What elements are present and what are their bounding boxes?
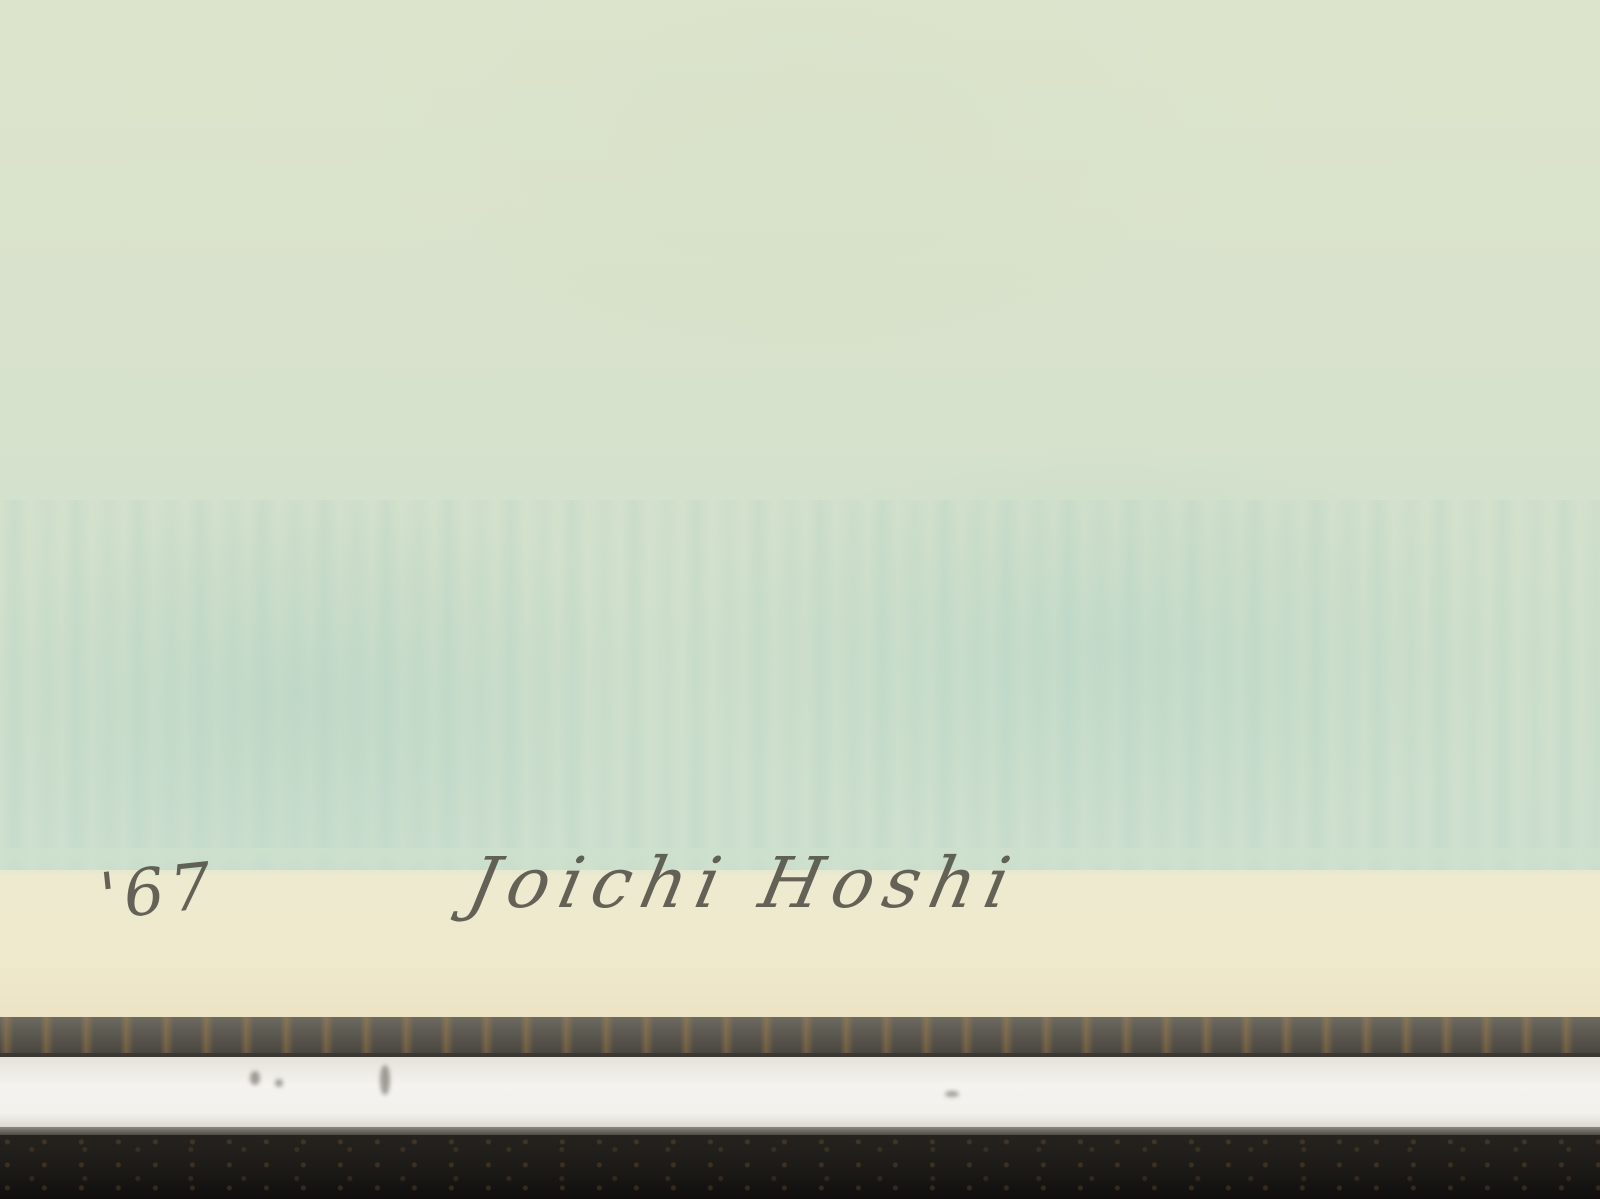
- date-inscription: '67: [96, 849, 220, 935]
- frame-rail: [0, 1127, 1600, 1135]
- artist-signature: Joichi Hoshi: [461, 842, 1027, 924]
- frame-outer-black: [0, 1135, 1600, 1199]
- frame-white-fillet: [0, 1057, 1600, 1127]
- fillet-smudge: [275, 1079, 283, 1087]
- frame-inner-wood-strip: [0, 1017, 1600, 1057]
- framed-print-photo: '67 Joichi Hoshi: [0, 0, 1600, 1199]
- fillet-smudge: [250, 1071, 260, 1085]
- fillet-smudge: [380, 1065, 390, 1095]
- fillet-smudge: [945, 1091, 959, 1097]
- print-streaks: [0, 500, 1600, 870]
